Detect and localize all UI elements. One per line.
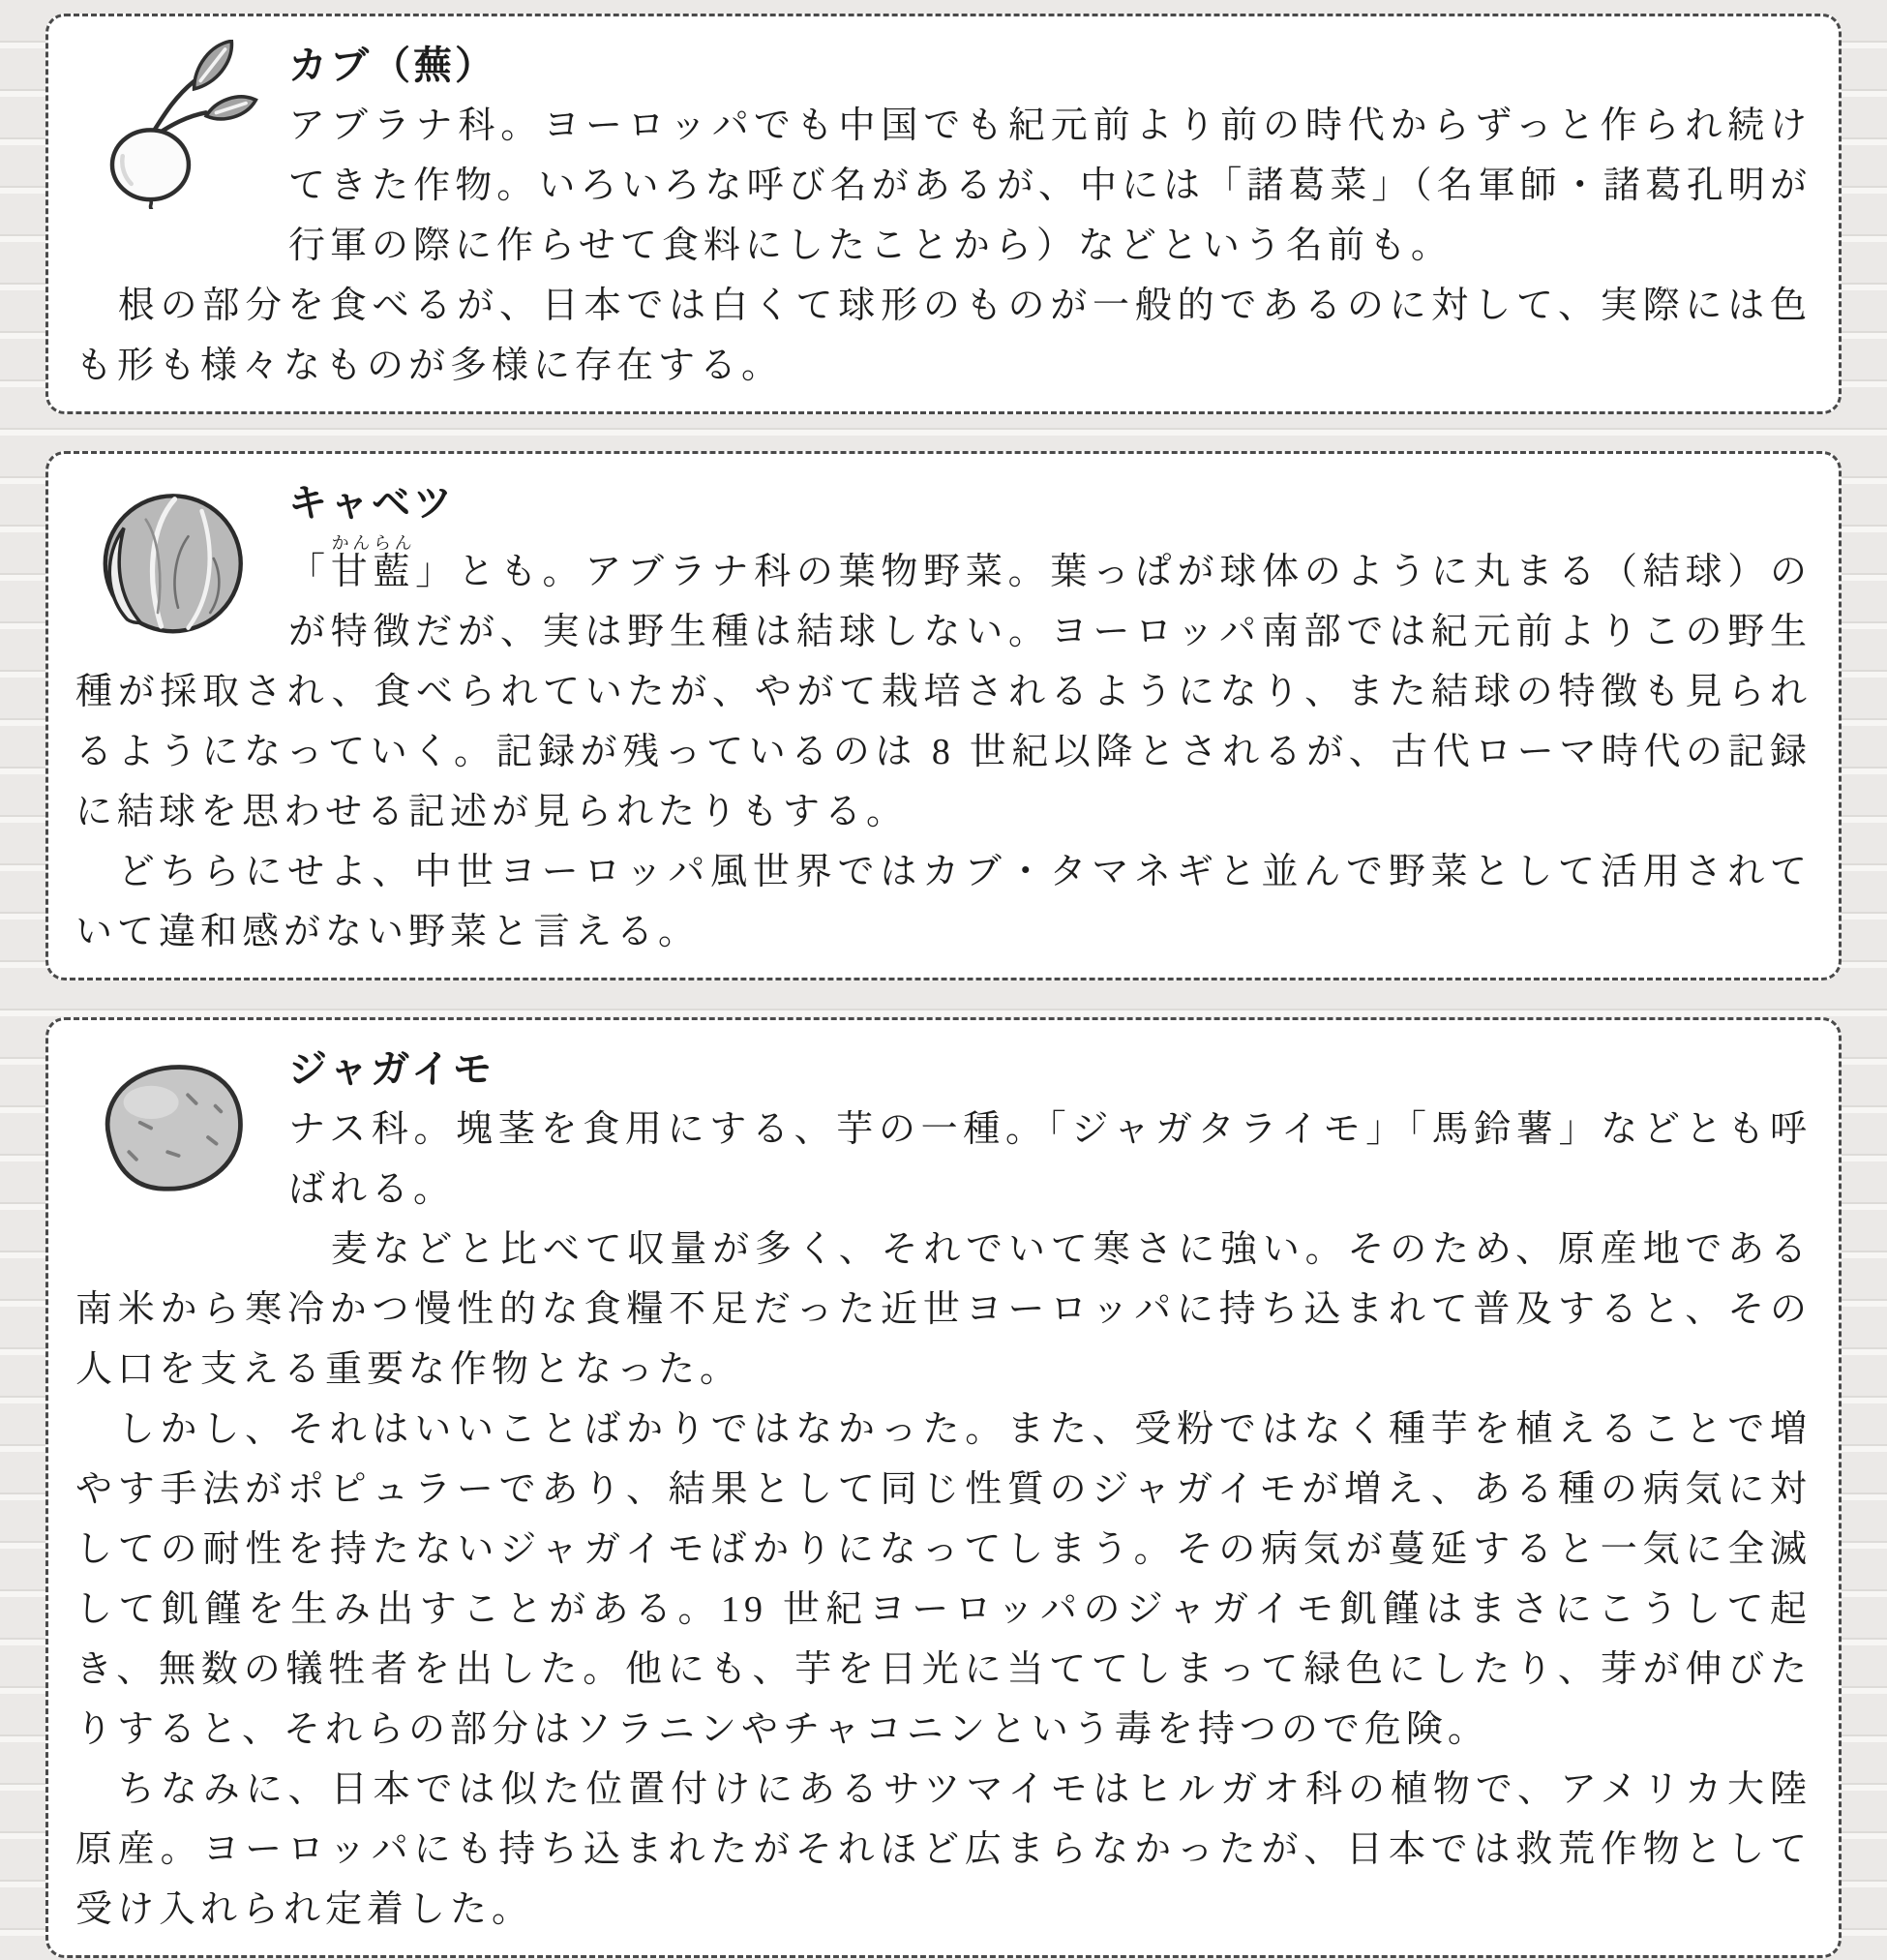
- section-title: ジャガイモ: [75, 1040, 1812, 1100]
- paragraph: どちらにせよ、中世ヨーロッパ風世界ではカブ・タマネギと並んで野菜として活用されて…: [75, 842, 1812, 962]
- section-title: カブ（蕪）: [75, 36, 1812, 96]
- paragraph: 根の部分を食べるが、日本では白くて球形のものが一般的であるのに対して、実際には色…: [75, 276, 1812, 396]
- section-cabbage: キャベツ 「甘藍かんらん」とも。アブラナ科の葉物野菜。葉っぱが球体のように丸まる…: [45, 451, 1842, 980]
- ruby-post: 」とも。アブラナ科の葉物野菜。葉っぱが球体のように丸まる（結球）のが特徴だが、実…: [75, 552, 1812, 832]
- ruby-reading: かんらん: [331, 533, 415, 553]
- section-kabu: カブ（蕪） アブラナ科。ヨーロッパでも中国でも紀元前より前の時代からずっと作られ…: [45, 14, 1842, 414]
- paragraph: 「甘藍かんらん」とも。アブラナ科の葉物野菜。葉っぱが球体のように丸まる（結球）の…: [75, 533, 1812, 842]
- ruby-pre: 「: [288, 552, 331, 592]
- section-title: キャベツ: [75, 473, 1812, 533]
- paragraph: 麦などと比べて収量が多く、それでいて寒さに強い。そのため、原産地である南米から寒…: [75, 1220, 1812, 1400]
- turnip-illustration: [79, 40, 263, 209]
- paragraph: しかし、それはいいことばかりではなかった。また、受粉ではなく種芋を植えることで増…: [75, 1400, 1812, 1760]
- paragraph: アブラナ科。ヨーロッパでも中国でも紀元前より前の時代からずっと作られ続けてきた作…: [75, 96, 1812, 276]
- potato-illustration: [79, 1043, 263, 1213]
- ruby-base: 甘藍: [331, 552, 415, 592]
- paragraph: ナス科。塊茎を食用にする、芋の一種。「ジャガタライモ」「馬鈴薯」などとも呼ばれる…: [75, 1100, 1812, 1220]
- section-potato: ジャガイモ ナス科。塊茎を食用にする、芋の一種。「ジャガタライモ」「馬鈴薯」など…: [45, 1017, 1842, 1958]
- paragraph: ちなみに、日本では似た位置付けにあるサツマイモはヒルガオ科の植物で、アメリカ大陸…: [75, 1760, 1812, 1940]
- cabbage-illustration: [79, 477, 263, 647]
- ruby-word: 甘藍かんらん: [331, 552, 415, 592]
